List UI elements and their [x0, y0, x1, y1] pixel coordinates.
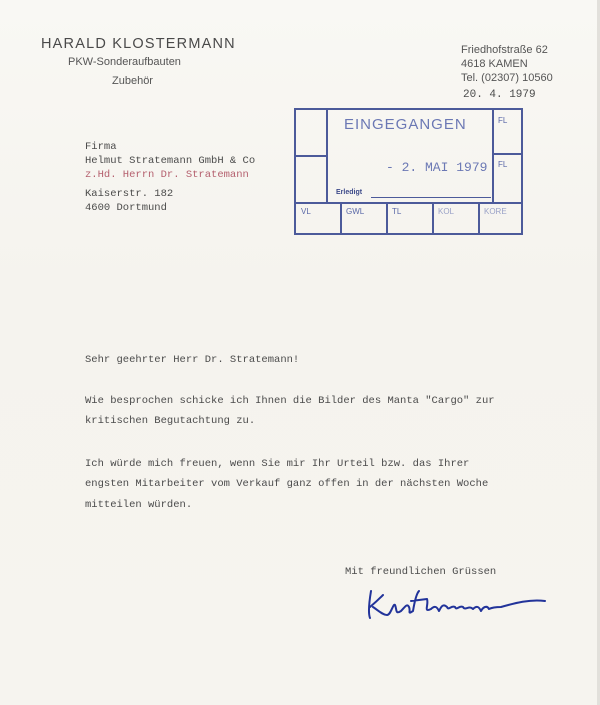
stamp-cell-kore: KORE — [484, 207, 507, 216]
paragraph-1-line-2: kritischen Begutachtung zu. — [85, 415, 255, 427]
recipient-attention: z.Hd. Herrn Dr. Stratemann — [85, 169, 249, 181]
paragraph-2-line-1: Ich würde mich freuen, wenn Sie mir Ihr … — [85, 458, 469, 470]
letterhead-line2: Zubehör — [112, 75, 153, 87]
recipient-street: Kaiserstr. 182 — [85, 188, 173, 200]
stamp-cell-kol: KOL — [438, 207, 454, 216]
received-stamp: EINGEGANGEN - 2. MAI 1979 Erledigt FL FL… — [294, 108, 523, 235]
handwritten-signature — [365, 585, 555, 630]
stamp-side-label-1: FL — [498, 116, 507, 125]
stamp-date: - 2. MAI 1979 — [386, 160, 487, 175]
stamp-erledigt-line — [371, 197, 491, 198]
paragraph-2-line-2: engsten Mitarbeiter vom Verkauf ganz off… — [85, 478, 488, 490]
paragraph-1-line-1: Wie besprochen schicke ich Ihnen die Bil… — [85, 395, 495, 407]
salutation: Sehr geehrter Herr Dr. Stratemann! — [85, 354, 299, 366]
recipient-city: 4600 Dortmund — [85, 202, 167, 214]
closing: Mit freundlichen Grüssen — [345, 566, 496, 578]
stamp-cell-gwl: GWL — [346, 207, 364, 216]
recipient-company: Helmut Stratemann GmbH & Co — [85, 155, 255, 167]
letter-page: HARALD KLOSTERMANN PKW-Sonderaufbauten Z… — [0, 0, 600, 705]
letterhead-line1: PKW-Sonderaufbauten — [68, 56, 181, 68]
letter-date: 20. 4. 1979 — [463, 89, 536, 101]
sender-street: Friedhofstraße 62 — [461, 44, 548, 56]
recipient-line1: Firma — [85, 141, 117, 153]
sender-phone: Tel. (02307) 10560 — [461, 72, 553, 84]
paragraph-2-line-3: mitteilen würden. — [85, 499, 192, 511]
stamp-erledigt-label: Erledigt — [336, 189, 362, 196]
stamp-cell-tl: TL — [392, 207, 401, 216]
sender-city: 4618 KAMEN — [461, 58, 528, 70]
stamp-side-label-2: FL — [498, 160, 507, 169]
stamp-title: EINGEGANGEN — [344, 116, 467, 133]
stamp-cell-vl: VL — [301, 207, 311, 216]
letterhead-name: HARALD KLOSTERMANN — [41, 36, 236, 52]
